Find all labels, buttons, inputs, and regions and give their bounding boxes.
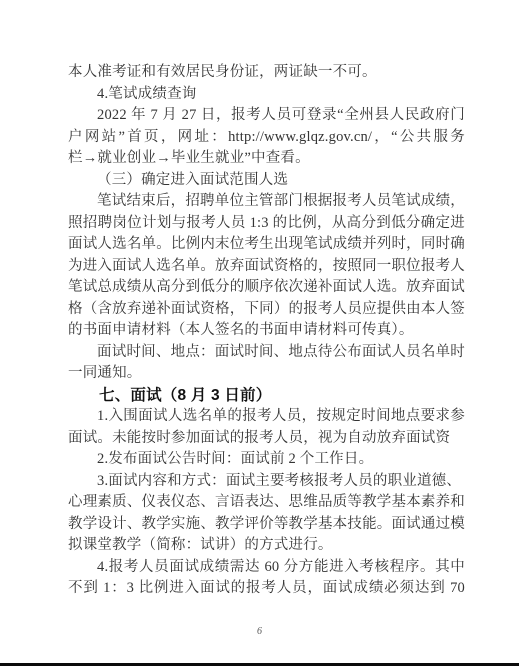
text-line: 一同通知。 xyxy=(68,363,465,385)
text-line: 户网站”首页，网址：http://www.glqz.gov.cn/，“公共服务 xyxy=(68,127,465,149)
text-line: 笔试总成绩从高分到低分的顺序依次递补面试人选。放弃面试资 xyxy=(68,277,465,299)
text-line: 拟课堂教学（简称：试讲）的方式进行。 xyxy=(68,535,465,557)
text-line: 面试。未能按时参加面试的报考人员，视为自动放弃面试资格。 xyxy=(68,428,465,450)
text-line: 1.入围面试人选名单的报考人员，按规定时间地点要求参加 xyxy=(68,406,465,428)
document-page: 本人准考证和有效居民身份证，两证缺一不可。 4.笔试成绩查询 2022 年 7 … xyxy=(0,0,519,672)
text-line: 格（含放弃递补面试资格，下同）的报考人员应提供由本人签名 xyxy=(68,299,465,321)
text-line: 栏→就业创业→毕业生就业”中查看。 xyxy=(68,148,465,170)
text-line: 4.报考人员面试成绩需达 60 分方能进入考核程序。其中达 xyxy=(68,557,465,579)
text-line: 2022 年 7 月 27 日，报考人员可登录“全州县人民政府门 xyxy=(68,105,465,127)
text-line: 3.面试内容和方式：面试主要考核报考人员的职业道德、 xyxy=(68,471,465,493)
text-line: 2.发布面试公告时间：面试前 2 个工作日。 xyxy=(68,449,465,471)
text-line: 照招聘岗位计划与报考人员 1:3 的比例，从高分到低分确定进入 xyxy=(68,213,465,235)
text-line: 面试人选名单。比例内末位考生出现笔试成绩并列时，同时确定 xyxy=(68,234,465,256)
section-heading: 七、面试（8 月 3 日前） xyxy=(68,385,465,407)
text-line: （三）确定进入面试范围人选 xyxy=(68,170,465,192)
page-number: 6 xyxy=(0,626,519,637)
text-line: 4.笔试成绩查询 xyxy=(68,84,465,106)
text-line: 心理素质、仪表仪态、言语表达、思维品质等教学基本素养和 xyxy=(68,492,465,514)
text-line: 面试时间、地点：面试时间、地点待公布面试人员名单时 xyxy=(68,342,465,364)
scan-edge-line xyxy=(0,663,519,666)
body-text: 本人准考证和有效居民身份证，两证缺一不可。 4.笔试成绩查询 2022 年 7 … xyxy=(68,62,465,600)
text-line: 本人准考证和有效居民身份证，两证缺一不可。 xyxy=(68,62,465,84)
text-line: 不到 1：3 比例进入面试的报考人员，面试成绩必须达到 70 分 xyxy=(68,578,465,600)
text-line: 为进入面试人选名单。放弃面试资格的，按照同一职位报考人员 xyxy=(68,256,465,278)
text-line: 笔试结束后，招聘单位主管部门根据报考人员笔试成绩，按 xyxy=(68,191,465,213)
text-line: 教学设计、教学实施、教学评价等教学基本技能。面试通过模 xyxy=(68,514,465,536)
text-line: 的书面申请材料（本人签名的书面申请材料可传真）。 xyxy=(68,320,465,342)
